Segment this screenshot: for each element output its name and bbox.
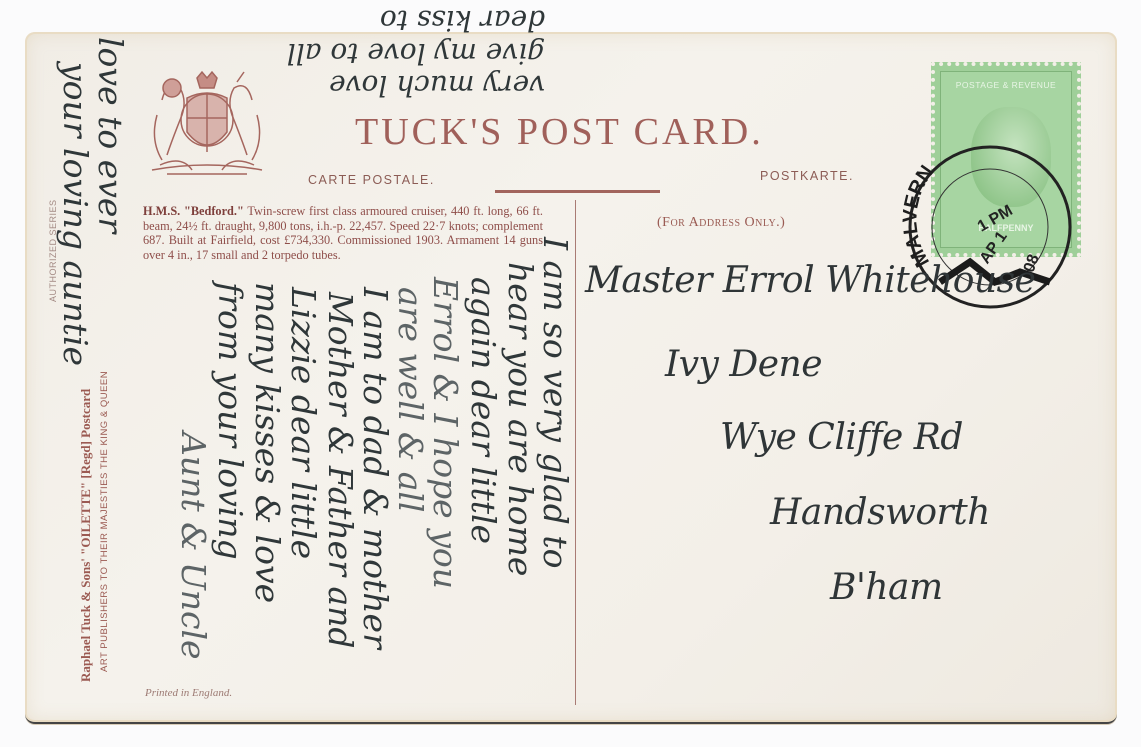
message-line: Errol & I hope you bbox=[426, 277, 465, 589]
carte-postale-label: CARTE POSTALE. bbox=[308, 173, 435, 187]
message-line: again dear little bbox=[464, 277, 503, 544]
message-top-line: very much love bbox=[329, 69, 545, 102]
message-line: I am to dad & mother bbox=[356, 287, 395, 649]
printed-in-england: Printed in England. bbox=[145, 687, 232, 699]
message-line: are well & all bbox=[391, 287, 430, 513]
card-title: TUCK'S POST CARD. bbox=[355, 110, 835, 154]
postkarte-label: POSTKARTE. bbox=[760, 169, 854, 183]
message-margin-line: love to ever bbox=[91, 37, 130, 233]
address-street: Wye Cliffe Rd bbox=[720, 417, 963, 458]
postmark-town: MALVERN bbox=[900, 161, 938, 270]
address-district: Handsworth bbox=[770, 492, 990, 533]
message-line: Lizzie dear little bbox=[284, 287, 323, 559]
address-name: Master Errol Whitehouse bbox=[585, 260, 1035, 301]
message-line: Mother & Father and bbox=[321, 292, 360, 649]
address-city: B'ham bbox=[830, 567, 943, 608]
for-address-only-note: (For Address Only.) bbox=[657, 215, 785, 231]
message-line: I am so very glad to bbox=[536, 237, 575, 568]
message-line: many kisses & love bbox=[248, 282, 287, 603]
message-top-line: give my love to all bbox=[287, 37, 545, 70]
ship-caption: H.M.S. "Bedford." Twin-screw first class… bbox=[143, 204, 543, 262]
svg-text:MALVERN: MALVERN bbox=[900, 161, 938, 270]
message-margin-line: your loving auntie bbox=[56, 62, 95, 366]
message-top-line: dear kiss to bbox=[380, 4, 545, 37]
message-address-divider bbox=[575, 200, 576, 705]
postcard: TUCK'S POST CARD. CARTE POSTALE. POSTKAR… bbox=[25, 32, 1117, 724]
ship-name: H.M.S. "Bedford." bbox=[143, 204, 244, 218]
message-line: hear you are home bbox=[501, 262, 540, 576]
message-line: from your loving bbox=[211, 282, 250, 560]
royal-coat-of-arms-icon bbox=[142, 70, 272, 185]
stamp-top-text: POSTAGE & REVENUE bbox=[941, 80, 1071, 90]
address-house: Ivy Dene bbox=[665, 344, 822, 385]
header-divider bbox=[495, 190, 660, 193]
message-line: Aunt & Uncle bbox=[174, 432, 213, 660]
publisher-imprint: Raphael Tuck & Sons' "OILETTE" [Regd] Po… bbox=[78, 389, 94, 682]
royal-appointment-imprint: ART PUBLISHERS TO THEIR MAJESTIES THE KI… bbox=[99, 371, 110, 672]
